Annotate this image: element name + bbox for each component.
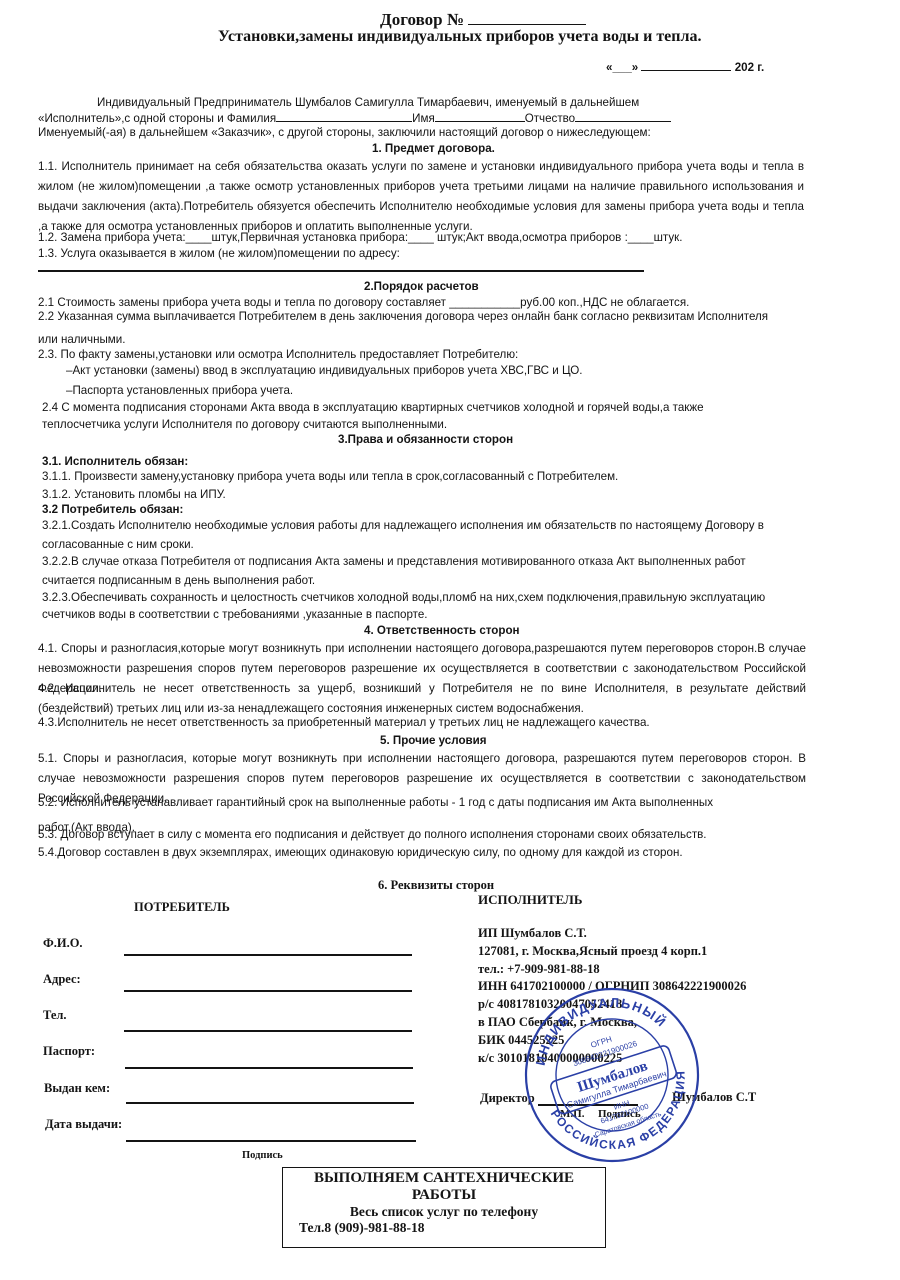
patronymic-field[interactable]: [575, 121, 671, 122]
section-1-heading: 1. Предмет договора.: [372, 142, 495, 155]
consumer-phone-field[interactable]: [124, 1030, 412, 1032]
intro-line-1: Индивидуальный Предприниматель Шумбалов …: [97, 96, 639, 110]
contract-title: Договор №: [380, 10, 586, 30]
clause-5-2: 5.2. Исполнитель устанавливает гарантийн…: [38, 796, 713, 810]
ad-line-2: РАБОТЫ: [283, 1187, 605, 1204]
clause-3-2-1: 3.2.1.Создать Исполнителю необходимые ус…: [42, 519, 764, 533]
consumer-issued-by-field[interactable]: [126, 1102, 414, 1104]
date-day-field[interactable]: «___»: [606, 61, 638, 74]
clause-2-2-cont: или наличными.: [38, 333, 125, 347]
intro-patronymic-label: Отчество: [525, 112, 575, 125]
ad-line-3: Весь список услуг по телефону: [283, 1204, 605, 1220]
clause-1-1: 1.1. Исполнитель принимает на себя обяза…: [38, 157, 804, 237]
intro-line-2: «Исполнитель»,с одной стороны и ФамилияИ…: [38, 112, 671, 126]
advertisement-box: ВЫПОЛНЯЕМ САНТЕХНИЧЕСКИЕ РАБОТЫ Весь спи…: [282, 1167, 606, 1248]
clause-4-2: 4.2. Исполнитель не несет ответственност…: [38, 679, 806, 719]
date-month-field[interactable]: [641, 70, 731, 71]
consumer-label-phone: Тел.: [43, 1008, 67, 1023]
clause-3-2: 3.2 Потребитель обязан:: [42, 503, 183, 517]
contractor-heading: ИСПОЛНИТЕЛЬ: [478, 892, 582, 908]
date-year: 202 г.: [735, 61, 764, 74]
contractor-phone: тел.: +7-909-981-88-18: [478, 962, 600, 977]
clause-2-4: 2.4 С момента подписания сторонами Акта …: [42, 401, 704, 415]
clause-2-3-item-1: –Акт установки (замены) ввод в эксплуата…: [66, 364, 583, 378]
consumer-label-issued-by: Выдан кем:: [44, 1081, 110, 1096]
stamp-seal-icon: ИНДИВИДУАЛЬНЫЙ РОССИЙСКАЯ ФЕДЕРАЦИЯ ОГРН…: [522, 985, 702, 1165]
section-4-heading: 4. Ответственность сторон: [364, 624, 520, 637]
ad-phone: Тел.8 (909)-981-88-18: [283, 1220, 605, 1236]
clause-3-1: 3.1. Исполнитель обязан:: [42, 455, 188, 469]
clause-1-2: 1.2. Замена прибора учета:____штук,Перви…: [38, 231, 682, 245]
section-5-heading: 5. Прочие условия: [380, 734, 487, 747]
clause-5-4: 5.4.Договор составлен в двух экземплярах…: [38, 846, 683, 860]
clause-2-3: 2.3. По факту замены,установки или осмот…: [38, 348, 518, 362]
clause-3-2-3-cont: счетчиков воды в соответствии с требован…: [42, 608, 428, 622]
intro-surname-label: «Исполнитель»,с одной стороны и Фамилия: [38, 112, 276, 125]
intro-name-label: Имя: [412, 112, 435, 125]
consumer-label-issue-date: Дата выдачи:: [45, 1117, 122, 1132]
section-6-heading: 6. Реквизиты сторон: [378, 878, 494, 893]
section-3-heading: 3.Права и обязанности сторон: [338, 433, 513, 446]
clause-3-2-2-cont: считается подписанным в день выполнения …: [42, 574, 315, 588]
official-stamp: ИНДИВИДУАЛЬНЫЙ РОССИЙСКАЯ ФЕДЕРАЦИЯ ОГРН…: [522, 985, 702, 1165]
surname-field[interactable]: [276, 121, 412, 122]
clause-3-2-2: 3.2.2.В случае отказа Потребителя от под…: [42, 555, 746, 569]
consumer-heading: ПОТРЕБИТЕЛЬ: [134, 900, 230, 915]
name-field[interactable]: [435, 121, 525, 122]
clause-2-2: 2.2 Указанная сумма выплачивается Потреб…: [38, 310, 768, 324]
contract-number-field[interactable]: [468, 24, 586, 25]
clause-2-3-item-2: –Паспорта установленных прибора учета.: [66, 384, 293, 398]
contract-title-text: Договор №: [380, 10, 464, 29]
clause-4-3: 4.3.Исполнитель не несет ответственность…: [38, 716, 650, 730]
section-2-heading: 2.Порядок расчетов: [364, 280, 479, 293]
consumer-label-address: Адрес:: [43, 972, 81, 987]
contractor-address: 127081, г. Москва,Ясный проезд 4 корп.1: [478, 944, 707, 959]
clause-3-1-2: 3.1.2. Установить пломбы на ИПУ.: [42, 488, 226, 502]
clause-2-4-cont: теплосчетчика услуги Исполнителя по дого…: [42, 418, 447, 432]
clause-3-1-1: 3.1.1. Произвести замену,установку прибо…: [42, 470, 618, 484]
consumer-issue-date-field[interactable]: [126, 1140, 416, 1142]
consumer-address-field[interactable]: [124, 990, 412, 992]
contract-date: «___» 202 г.: [606, 61, 764, 75]
consumer-passport-field[interactable]: [125, 1067, 413, 1069]
consumer-label-passport: Паспорт:: [43, 1044, 95, 1059]
clause-5-3: 5.3. Договор вступает в силу с момента е…: [38, 828, 707, 842]
contractor-name: ИП Шумбалов С.Т.: [478, 926, 587, 941]
intro-line-3: Именуемый(-ая) в дальнейшем «Заказчик», …: [38, 126, 651, 140]
clause-1-3: 1.3. Услуга оказывается в жилом (не жило…: [38, 247, 400, 261]
clause-3-2-3: 3.2.3.Обеспечивать сохранность и целостн…: [42, 591, 765, 605]
clause-2-1: 2.1 Стоимость замены прибора учета воды …: [38, 296, 689, 310]
consumer-label-fio: Ф.И.О.: [43, 936, 83, 951]
consumer-signature-label: Подпись: [242, 1150, 283, 1161]
contract-subtitle: Установки,замены индивидуальных приборов…: [218, 28, 701, 46]
contract-document: Договор № Установки,замены индивидуальны…: [0, 0, 900, 1280]
address-field-line[interactable]: [38, 270, 644, 272]
clause-3-2-1-cont: согласованные с ним сроки.: [42, 538, 194, 552]
ad-line-1: ВЫПОЛНЯЕМ САНТЕХНИЧЕСКИЕ: [283, 1170, 605, 1187]
consumer-fio-field[interactable]: [124, 954, 412, 956]
